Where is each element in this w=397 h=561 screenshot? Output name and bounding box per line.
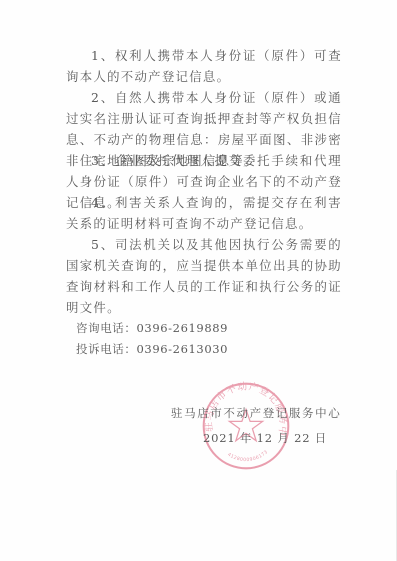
consult-phone: 咨询电话：0396-2619889 [76,320,228,336]
official-seal-icon: 驻马店市不动产登记服务中心 4128000906173 [200,380,292,472]
seal-code: 4128000906173 [226,449,269,463]
document-page: 1、权利人携带本人身份证（原件）可查询本人的不动产登记信息。 2、自然人携带本人… [0,0,397,561]
paragraph-5: 5、司法机关以及其他因执行公务需要的国家机关查询的，应当提供本单位出具的协助查询… [66,234,342,318]
issuing-organization: 驻马店市不动产登记服务中心 [171,405,341,421]
svg-text:4128000906173: 4128000906173 [226,449,269,463]
complaint-phone: 投诉电话：0396-2613030 [76,341,228,357]
paragraph-4: 4、利害关系人查询的，需提交存在利害关系的证明材料可查询不动产登记信息。 [66,192,342,234]
issue-date: 2021 年 12 月 22 日 [203,430,327,446]
paragraph-1: 1、权利人携带本人身份证（原件）可查询本人的不动产登记信息。 [66,45,342,87]
